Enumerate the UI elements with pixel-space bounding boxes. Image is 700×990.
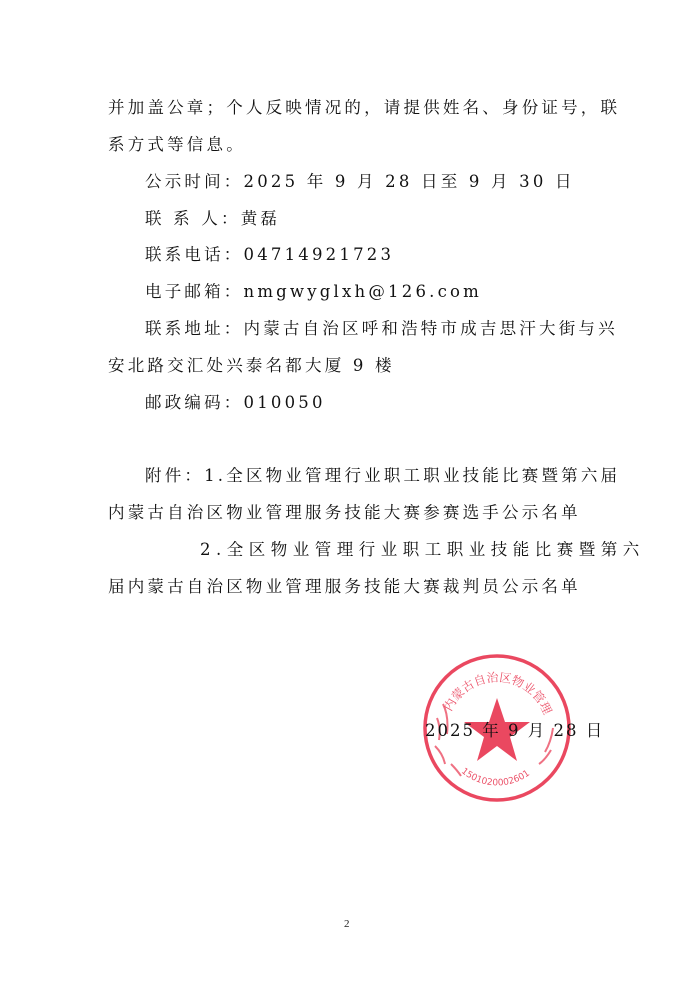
contact-email: 电子邮箱：nmgwyglxh@126.com (145, 282, 482, 302)
contact-address-cont: 安北路交汇处兴泰名都大厦 9 楼 (108, 356, 395, 376)
contact-phone: 联系电话：04714921723 (145, 245, 394, 265)
page-number: 2 (344, 918, 350, 930)
postal-code: 邮政编码：010050 (145, 393, 326, 413)
attachment-1: 附件：1.全区物业管理行业职工职业技能比赛暨第六届 (145, 466, 620, 486)
text-line: 并加盖公章；个人反映情况的，请提供姓名、身份证号，联 (108, 98, 620, 118)
text-line: 系方式等信息。 (108, 135, 246, 155)
contact-person: 联 系 人：黄磊 (145, 209, 280, 229)
publicity-period: 公示时间：2025 年 9 月 28 日至 9 月 30 日 (145, 172, 575, 192)
attachment-2: 2.全区物业管理行业职工职业技能比赛暨第六 (200, 540, 645, 560)
signature-date: 2025 年 9 月 28 日 (425, 717, 604, 741)
attachment-1-cont: 内蒙古自治区物业管理服务技能大赛参赛选手公示名单 (108, 503, 581, 523)
contact-address: 联系地址：内蒙古自治区呼和浩特市成吉思汗大街与兴 (145, 319, 618, 339)
svg-text:1501020002601: 1501020002601 (459, 767, 532, 789)
attachment-2-cont: 届内蒙古自治区物业管理服务技能大赛裁判员公示名单 (108, 577, 581, 597)
